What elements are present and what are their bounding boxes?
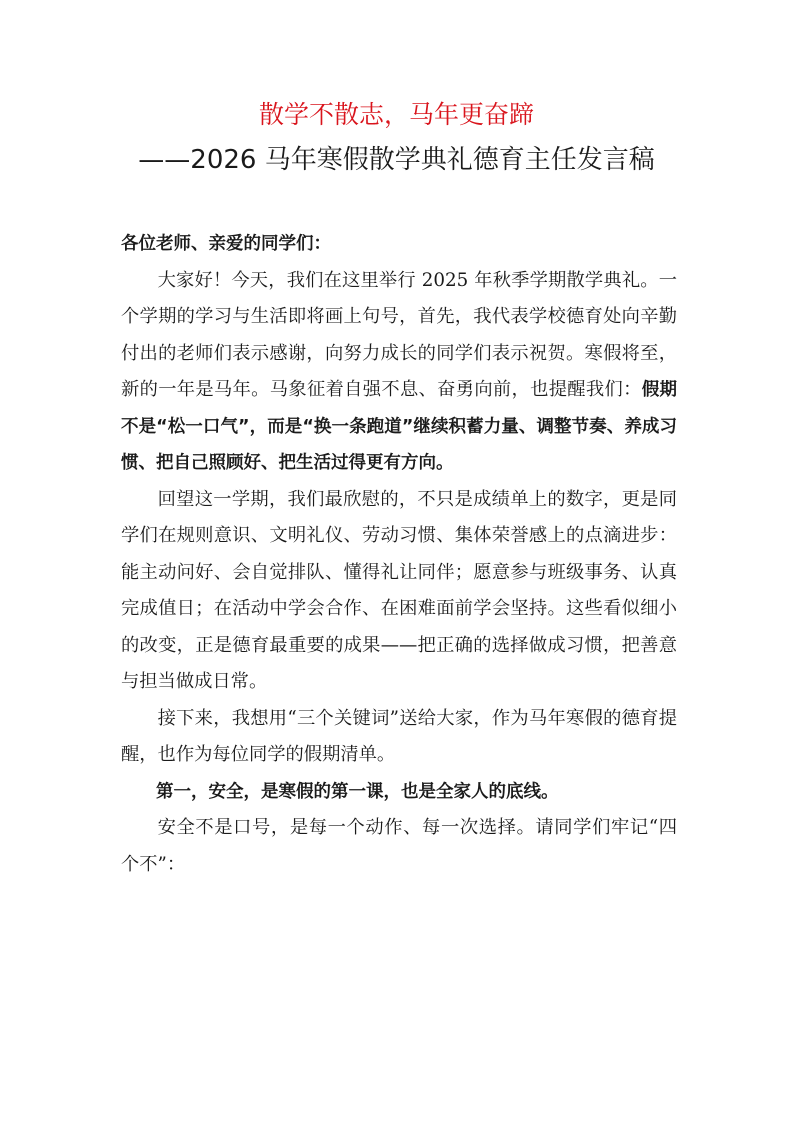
paragraph-safety: 安全不是口号，是每一个动作、每一次选择。请同学们牢记“四个不”： xyxy=(121,810,677,883)
section-heading-safety: 第一，安全，是寒假的第一课，也是全家人的底线。 xyxy=(121,774,677,811)
paragraph-review: 回望这一学期，我们最欣慰的，不只是成绩单上的数字，更是同学们在规则意识、文明礼仪… xyxy=(121,482,677,701)
document-subtitle: ——2026 马年寒假散学典礼德育主任发言稿 xyxy=(0,140,793,180)
document-body: 各位老师、亲爱的同学们： 大家好！今天，我们在这里举行 2025 年秋季学期散学… xyxy=(121,226,677,883)
paragraph-opening: 大家好！今天，我们在这里举行 2025 年秋季学期散学典礼。一个学期的学习与生活… xyxy=(121,263,677,482)
document-title: 散学不散志，马年更奋蹄 xyxy=(0,97,793,133)
paragraph-keywords-intro: 接下来，我想用“三个关键词”送给大家，作为马年寒假的德育提醒，也作为每位同学的假… xyxy=(121,701,677,774)
paragraph-opening-text: 大家好！今天，我们在这里举行 2025 年秋季学期散学典礼。一个学期的学习与生活… xyxy=(121,270,677,401)
salutation: 各位老师、亲爱的同学们： xyxy=(121,226,677,263)
document-page: 散学不散志，马年更奋蹄 ——2026 马年寒假散学典礼德育主任发言稿 各位老师、… xyxy=(0,0,793,1122)
